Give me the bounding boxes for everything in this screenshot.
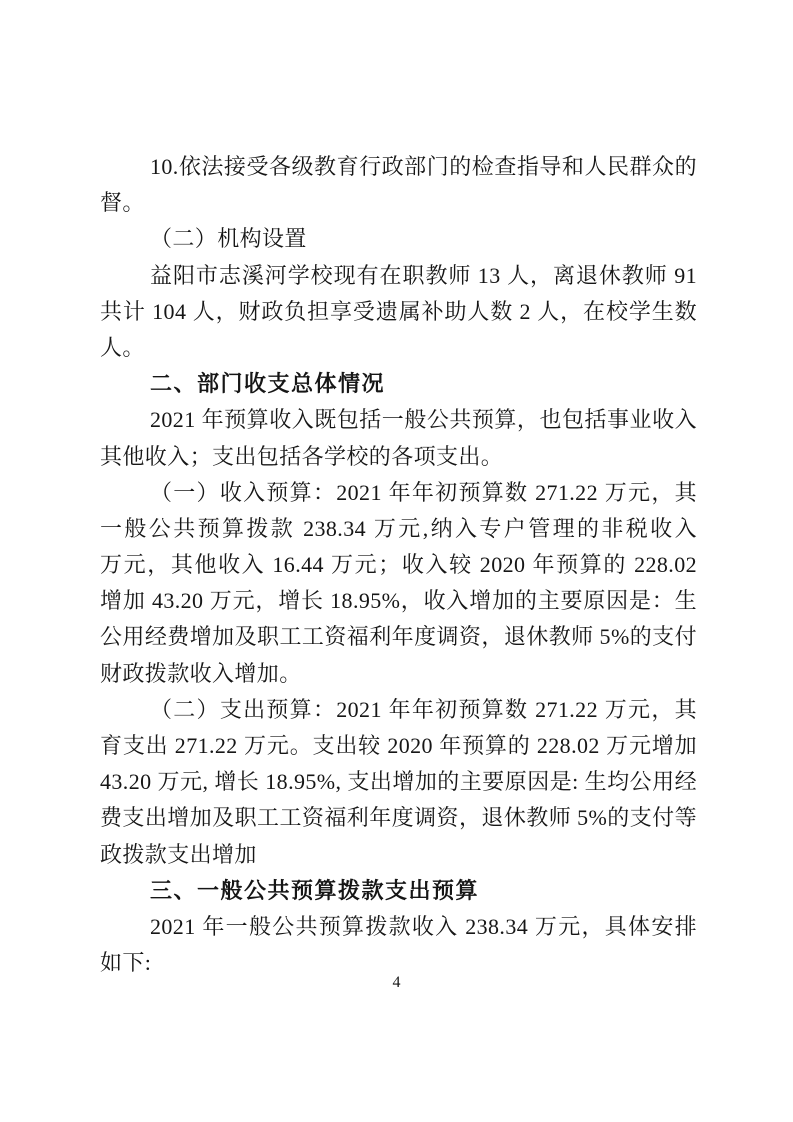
text-line: 2021 年一般公共预算拨款收入 238.34 万元，具体安排情况 bbox=[100, 909, 697, 945]
text-line: 10.依法接受各级教育行政部门的检查指导和人民群众的监 bbox=[100, 149, 697, 185]
text-line: 费支出增加及职工工资福利年度调资，退休教师 5%的支付等财 bbox=[100, 800, 697, 836]
text-line: 政拨款支出增加 bbox=[100, 837, 697, 873]
text-line: 育支出 271.22 万元。支出较 2020 年预算的 228.02 万元增加 bbox=[100, 728, 697, 764]
paragraph: （一）收入预算：2021 年年初预算数 271.22 万元，其中， 一般公共预算… bbox=[100, 475, 697, 692]
section-heading-2: 二、部门收支总体情况 bbox=[100, 366, 697, 402]
text-line: 其他收入；支出包括各学校的各项支出。 bbox=[100, 439, 697, 475]
paragraph: 2021 年预算收入既包括一般公共预算，也包括事业收入和 其他收入；支出包括各学… bbox=[100, 402, 697, 474]
text-line: 2021 年预算收入既包括一般公共预算，也包括事业收入和 bbox=[100, 402, 697, 438]
text-line: 公用经费增加及职工工资福利年度调资，退休教师 5%的支付等 bbox=[100, 619, 697, 655]
paragraph: 益阳市志溪河学校现有在职教师 13 人，离退休教师 91 人， 共计 104 人… bbox=[100, 258, 697, 367]
text-line: 一般公共预算拨款 238.34 万元,纳入专户管理的非税收入 16.44 bbox=[100, 511, 697, 547]
text-line: 督。 bbox=[100, 185, 697, 221]
section-heading-3: 三、一般公共预算拨款支出预算 bbox=[100, 873, 697, 909]
text-line: （一）收入预算：2021 年年初预算数 271.22 万元，其中， bbox=[100, 475, 697, 511]
paragraph: 10.依法接受各级教育行政部门的检查指导和人民群众的监 督。 bbox=[100, 149, 697, 221]
paragraph: （二）机构设置 bbox=[100, 221, 697, 257]
text-line: 增加 43.20 万元，增长 18.95%，收入增加的主要原因是：生均 bbox=[100, 583, 697, 619]
text-line: 43.20 万元, 增长 18.95%, 支出增加的主要原因是: 生均公用经 bbox=[100, 764, 697, 800]
text-line: （二）机构设置 bbox=[100, 221, 697, 257]
text-line: 人。 bbox=[100, 330, 697, 366]
paragraph: 2021 年一般公共预算拨款收入 238.34 万元，具体安排情况 如下: bbox=[100, 909, 697, 981]
text-line: 财政拨款收入增加。 bbox=[100, 656, 697, 692]
page-number: 4 bbox=[0, 972, 793, 994]
heading-line: 三、一般公共预算拨款支出预算 bbox=[100, 873, 697, 909]
text-line: （二）支出预算：2021 年年初预算数 271.22 万元，其中教 bbox=[100, 692, 697, 728]
heading-line: 二、部门收支总体情况 bbox=[100, 366, 697, 402]
text-line: 万元，其他收入 16.44 万元；收入较 2020 年预算的 228.02 万元 bbox=[100, 547, 697, 583]
page-body-text: 10.依法接受各级教育行政部门的检查指导和人民群众的监 督。 （二）机构设置 益… bbox=[100, 149, 697, 981]
text-line: 益阳市志溪河学校现有在职教师 13 人，离退休教师 91 人， bbox=[100, 258, 697, 294]
text-line: 共计 104 人，财政负担享受遗属补助人数 2 人，在校学生数 83 bbox=[100, 294, 697, 330]
paragraph: （二）支出预算：2021 年年初预算数 271.22 万元，其中教 育支出 27… bbox=[100, 692, 697, 873]
document-page: 10.依法接受各级教育行政部门的检查指导和人民群众的监 督。 （二）机构设置 益… bbox=[0, 0, 793, 1122]
